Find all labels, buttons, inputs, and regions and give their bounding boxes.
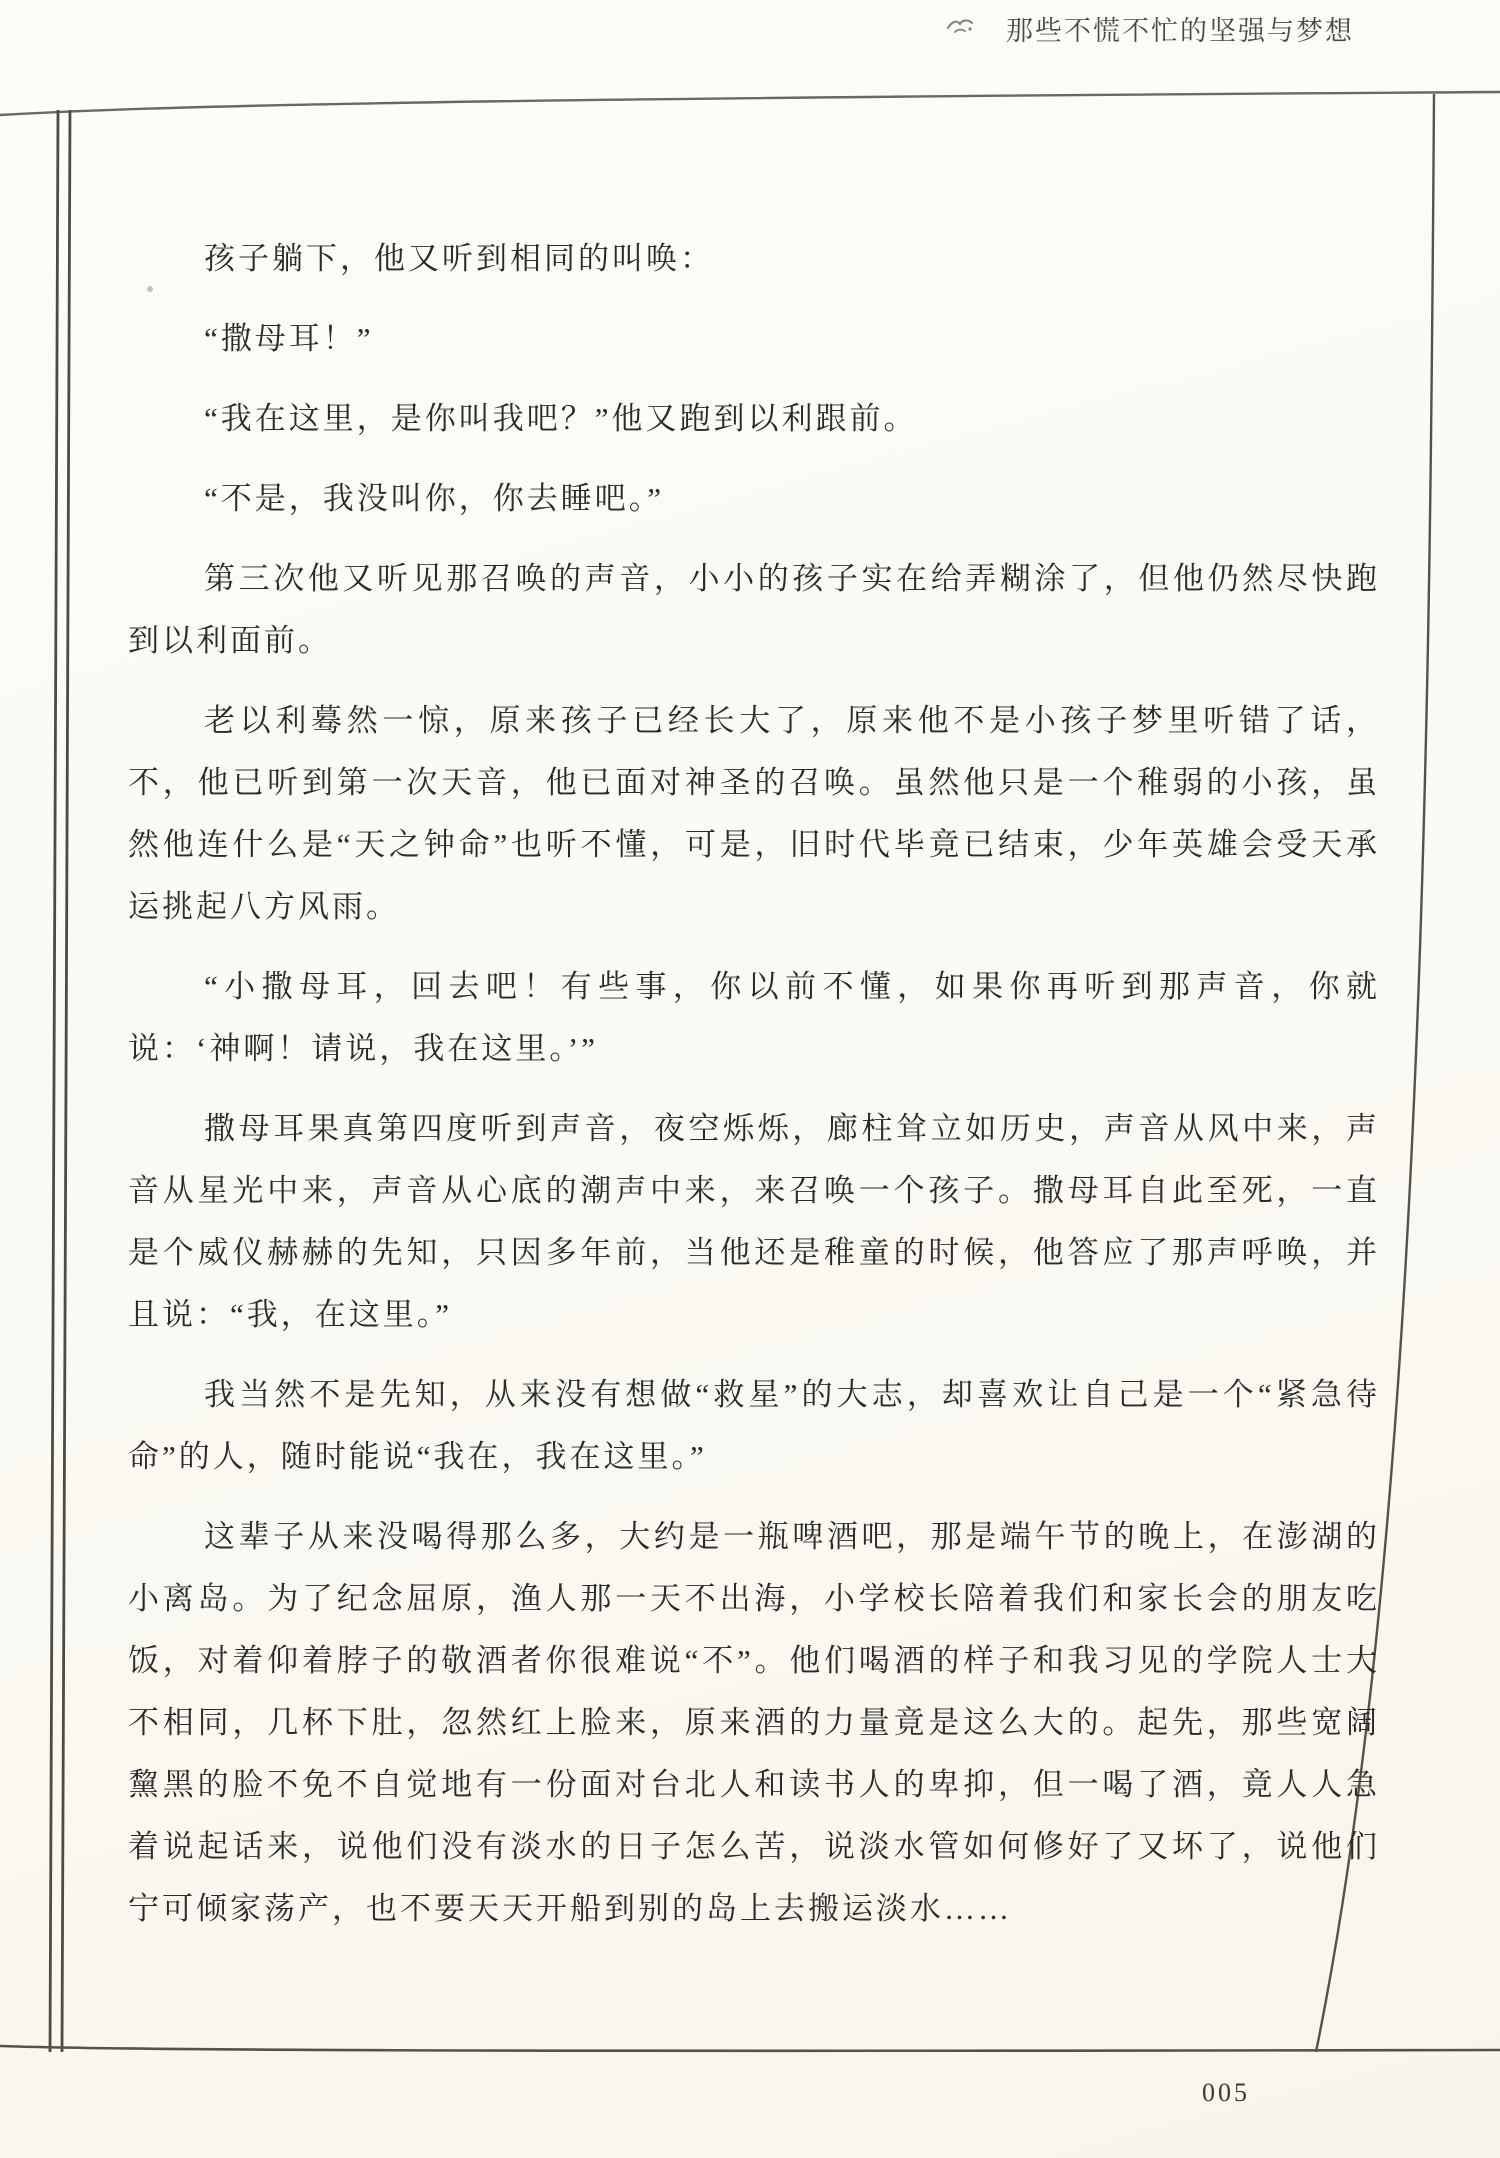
- paragraph: 撒母耳果真第四度听到声音，夜空烁烁，廊柱耸立如历史，声音从风中来，声音从星光中来…: [128, 1098, 1380, 1346]
- paragraph: “小撒母耳，回去吧！有些事，你以前不懂，如果你再听到那声音，你就说：‘神啊！请说…: [128, 956, 1380, 1080]
- body-text: 孩子躺下，他又听到相同的叫唤：“撒母耳！”“我在这里，是你叫我吧？”他又跑到以利…: [128, 228, 1380, 1958]
- running-header-title: 那些不慌不忙的坚强与梦想: [1006, 9, 1354, 48]
- paragraph: “撒母耳！”: [128, 308, 1380, 370]
- paragraph: 孩子躺下，他又听到相同的叫唤：: [128, 228, 1380, 290]
- frame-left-line-outer: [50, 110, 58, 2052]
- paragraph: 这辈子从来没喝得那么多，大约是一瓶啤酒吧，那是端午节的晚上，在澎湖的小离岛。为了…: [128, 1506, 1380, 1940]
- paragraph: “不是，我没叫你，你去睡吧。”: [128, 468, 1380, 530]
- scan-speck: [147, 286, 153, 292]
- paragraph: 第三次他又听见那召唤的声音，小小的孩子实在给弄糊涂了，但他仍然尽快跑到以利面前。: [128, 548, 1380, 672]
- frame-bottom-line: [0, 2046, 1500, 2051]
- frame-left-line-inner: [62, 110, 70, 2052]
- bird-icon: [946, 16, 976, 40]
- paragraph: 我当然不是先知，从来没有想做“救星”的大志，却喜欢让自己是一个“紧急待命”的人，…: [128, 1364, 1380, 1488]
- paragraph: “我在这里，是你叫我吧？”他又跑到以利跟前。: [128, 388, 1380, 450]
- page-number: 005: [1202, 2078, 1250, 2108]
- running-header: 那些不慌不忙的坚强与梦想: [946, 8, 1354, 48]
- book-page: 那些不慌不忙的坚强与梦想 孩子躺下，他又听到相同的叫唤：“撒母耳！”“我在这里，…: [0, 0, 1500, 2158]
- paragraph: 老以利蓦然一惊，原来孩子已经长大了，原来他不是小孩子梦里听错了话，不，他已听到第…: [128, 690, 1380, 938]
- frame-top-line: [0, 92, 1500, 115]
